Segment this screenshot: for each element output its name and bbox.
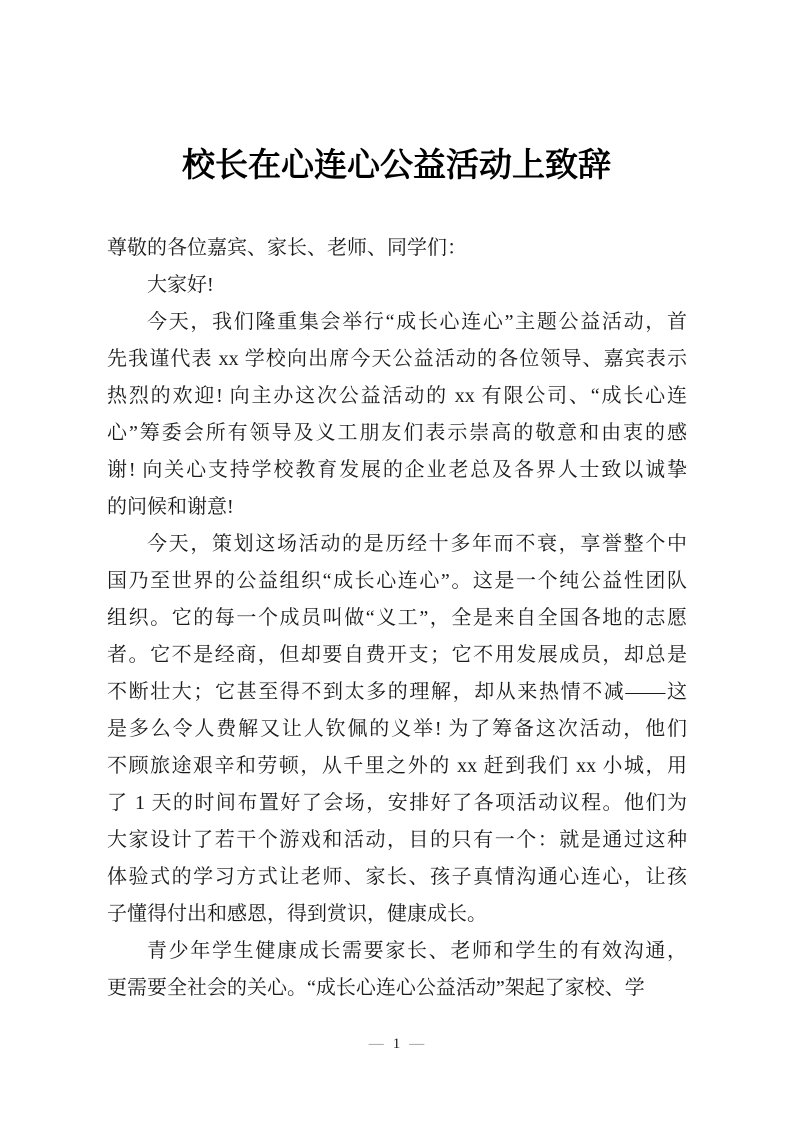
text-line: 者。它不是经商，但却要自费开支；它不用发展成员，却总是 — [107, 637, 687, 674]
text-line: 大家好! — [107, 267, 687, 304]
page-footer: —1— — [0, 1036, 793, 1052]
text-line: 先我谨代表 xx 学校向出席今天公益活动的各位领导、嘉宾表示 — [107, 341, 687, 378]
text-line: 更需要全社会的关心。“成长心连心公益活动”架起了家校、学 — [107, 970, 687, 1007]
text-line: 尊敬的各位嘉宾、家长、老师、同学们： — [107, 230, 687, 267]
footer-dash-right: — — [409, 1036, 424, 1052]
text-line: 青少年学生健康成长需要家长、老师和学生的有效沟通， — [107, 933, 687, 970]
text-line: 不顾旅途艰辛和劳顿，从千里之外的 xx 赶到我们 xx 小城，用 — [107, 748, 687, 785]
text-line: 子懂得付出和感恩，得到赏识，健康成长。 — [107, 896, 687, 933]
text-line: 是多么令人费解又让人钦佩的义举! 为了筹备这次活动，他们 — [107, 711, 687, 748]
text-line: 今天，策划这场活动的是历经十多年而不衰，享誉整个中 — [107, 526, 687, 563]
text-line: 组织。它的每一个成员叫做“义工”，全是来自全国各地的志愿 — [107, 600, 687, 637]
text-line: 体验式的学习方式让老师、家长、孩子真情沟通心连心，让孩 — [107, 859, 687, 896]
text-line: 大家设计了若干个游戏和活动，目的只有一个：就是通过这种 — [107, 822, 687, 859]
footer-dash-left: — — [369, 1036, 384, 1052]
text-line: 心”筹委会所有领导及义工朋友们表示崇高的敬意和由衷的感 — [107, 415, 687, 452]
document-body: 尊敬的各位嘉宾、家长、老师、同学们：大家好!今天，我们隆重集会举行“成长心连心”… — [107, 230, 687, 1007]
text-line: 的问候和谢意! — [107, 489, 687, 526]
page-number: 1 — [393, 1036, 401, 1052]
document-title: 校长在心连心公益活动上致辞 — [0, 148, 793, 184]
text-line: 热烈的欢迎! 向主办这次公益活动的 xx 有限公司、“成长心连 — [107, 378, 687, 415]
text-line: 不断壮大；它甚至得不到太多的理解，却从来热情不减——这 — [107, 674, 687, 711]
document-page: 校长在心连心公益活动上致辞 尊敬的各位嘉宾、家长、老师、同学们：大家好!今天，我… — [0, 0, 793, 1122]
text-line: 今天，我们隆重集会举行“成长心连心”主题公益活动，首 — [107, 304, 687, 341]
text-line: 国乃至世界的公益组织“成长心连心”。这是一个纯公益性团队 — [107, 563, 687, 600]
text-line: 谢! 向关心支持学校教育发展的企业老总及各界人士致以诚挚 — [107, 452, 687, 489]
text-line: 了 1 天的时间布置好了会场，安排好了各项活动议程。他们为 — [107, 785, 687, 822]
